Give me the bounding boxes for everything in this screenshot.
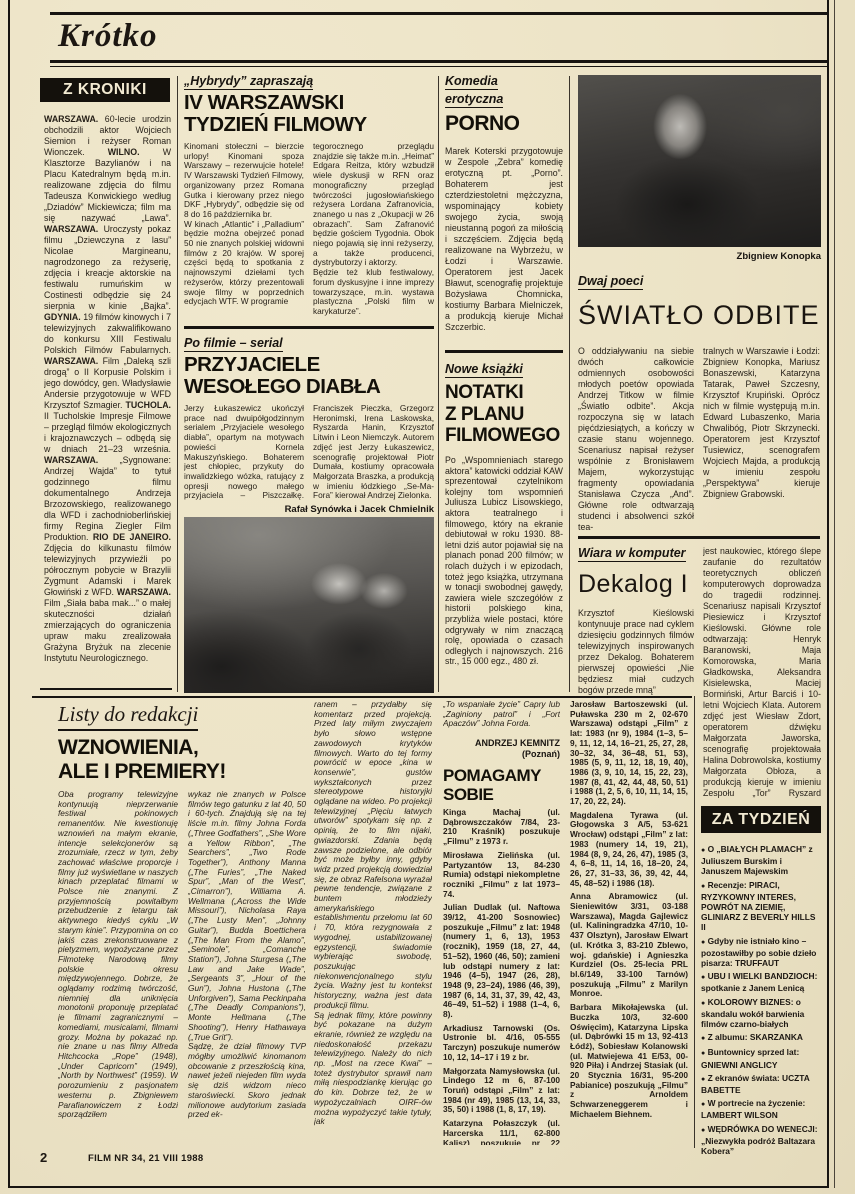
dekalog-col2: jest naukowiec, którego ślepe zaufanie d… <box>703 546 821 798</box>
za-tydzien-item: ● Buntownicy sprzed lat: GNIEWNI ANGLICY <box>701 1047 821 1069</box>
bullet-icon: ● <box>701 1127 705 1134</box>
pomagamy-entry: Barbara Mikołajewska (ul. Buczka 10/3, 3… <box>570 1003 688 1119</box>
za-tydzien-item: ● Z albumu: SKARZANKA <box>701 1032 821 1044</box>
masthead-rule-top <box>50 12 828 15</box>
listy-colD-intro: „To wspaniałe życie” Capry lub „Zaginion… <box>443 700 560 736</box>
listy-colB: wykaz nie znanych w Polsce filmów tego g… <box>188 790 306 1145</box>
pomagamy-entry: Mirosława Zielińska (ul. Partyzantów 13,… <box>443 851 560 900</box>
bullet-icon: ● <box>701 974 705 981</box>
przyjaciele-col2: Franciszek Pieczka, Grzegorz Heronimski,… <box>313 404 434 502</box>
za-tydzien-item: ● Z ekranów świata: UCZTA BABETTE <box>701 1073 821 1095</box>
frame-bottom <box>8 1186 829 1188</box>
porno-bottom-rule <box>445 350 563 353</box>
swiatlo-col2: tralnych w Warszawie i Łodzi: Zbigniew K… <box>703 346 820 530</box>
za-tydzien-item: ● Recenzje: PIRACI, RYZYKOWNY INTERES, P… <box>701 880 821 933</box>
bullet-icon: ● <box>701 1076 705 1083</box>
konopka-photo <box>578 75 821 247</box>
kronika-bottom-rule <box>40 688 172 690</box>
za-tydzien-item: ● W portrecie na życzenie: LAMBERT WILSO… <box>701 1098 821 1120</box>
dekalog-kicker: Wiara w komputer <box>578 546 686 562</box>
swiatlo-bottom-rule <box>578 536 820 539</box>
listy-colA: Oba programy telewizyjne kontynuują niep… <box>58 790 178 1145</box>
listy-signature: ANDRZEJ KEMNITZ (Poznań) <box>443 738 560 760</box>
przyjaciele-photo <box>184 517 434 693</box>
notatki-kicker: Nowe książki <box>445 362 523 378</box>
bullet-icon: ● <box>701 1035 705 1042</box>
listy-headline: WZNOWIENIA, ALE I PREMIERY! <box>58 736 298 784</box>
bullet-icon: ● <box>701 1000 705 1007</box>
porno-kicker-line1: Komedia <box>445 74 498 90</box>
divider-col4 <box>569 76 570 692</box>
za-tydzien-item: ● KOLOROWY BIZNES: o skandalu wokół barw… <box>701 997 821 1030</box>
za-tydzien-title: ZA TYDZIEŃ <box>701 806 821 833</box>
przyjaciele-photo-caption: Rafał Synówka i Jacek Chmielnik <box>184 504 434 515</box>
masthead-rule-thin <box>50 66 828 67</box>
za-tydzien-item: ● O „BIAŁYCH PLAMACH” z Juliuszem Burski… <box>701 844 821 877</box>
kronika-body: WARSZAWA. 60-lecie urodzin obchodzili ak… <box>44 114 171 684</box>
pomagamy-entry: Magdalena Tyrawa (ul. Głogowska 3 A/5, 5… <box>570 811 688 889</box>
frame-right-thin <box>834 0 835 1188</box>
notatki-body: Po „Wspomnieniach starego aktora” katowi… <box>445 455 563 695</box>
porno-headline: PORNO <box>445 112 520 136</box>
przyjaciele-col1: Jerzy Łukaszewicz ukończył prace nad dwu… <box>184 404 304 502</box>
pomagamy-entry: Kinga Machaj (ul. Dąbrowszczaków 7/84, 2… <box>443 808 560 847</box>
za-tydzien-item: ● Gdyby nie istniało kino – pozostawiłby… <box>701 936 821 969</box>
konopka-photo-caption: Zbigniew Konopka <box>578 251 821 262</box>
issue-line: FILM NR 34, 21 VIII 1988 <box>88 1153 203 1164</box>
hybrydy-kicker: „Hybrydy” zapraszają <box>184 74 313 90</box>
listy-kicker: Listy do redakcji <box>58 702 198 731</box>
bullet-icon: ● <box>701 1050 705 1057</box>
bottom-section-rule <box>32 696 692 698</box>
dekalog-headline: Dekalog I <box>578 570 688 599</box>
newspaper-page: Krótko Z KRONIKI WARSZAWA. 60-lecie urod… <box>0 0 855 1194</box>
pomagamy-title: POMAGAMY SOBIE <box>443 766 541 804</box>
hybrydy-col1: Kinomani stołeczni – bierzcie urlopy! Ki… <box>184 142 304 322</box>
pomagamy-entries-left: Kinga Machaj (ul. Dąbrowszczaków 7/84, 2… <box>443 808 560 1145</box>
bullet-icon: ● <box>701 1101 705 1108</box>
bullet-icon: ● <box>701 847 705 854</box>
kronika-title: Z KRONIKI <box>40 78 170 102</box>
przyjaciele-kicker: Po filmie – serial <box>184 336 283 352</box>
swiatlo-col1: O oddziaływaniu na siebie dwóch całkowic… <box>578 346 694 530</box>
divider-col1 <box>177 76 178 692</box>
bullet-icon: ● <box>701 939 705 946</box>
page-number: 2 <box>40 1150 47 1165</box>
za-tydzien-list: ● O „BIAŁYCH PLAMACH” z Juliuszem Burski… <box>701 844 821 1164</box>
pomagamy-entry: Anna Abramowicz (ul. Sieniewitów 3/31, 0… <box>570 892 688 999</box>
bullet-icon: ● <box>701 883 705 890</box>
przyjaciele-headline: PRZYJACIELE WESOŁEGO DIABŁA <box>184 354 444 398</box>
porno-kicker-line2: erotyczna <box>445 92 503 108</box>
pomagamy-entry: Jarosław Bartoszewski (ul. Puławska 230 … <box>570 700 688 807</box>
page-title: Krótko <box>58 18 158 55</box>
swiatlo-kicker: Dwaj poeci <box>578 274 643 290</box>
za-tydzien-item: ● WĘDRÓWKA DO WENECJI: „Niezwykła podróż… <box>701 1124 821 1157</box>
listy-colC: ranem – przydałby się komentarz przed pr… <box>314 700 432 1145</box>
pomagamy-entry: Arkadiusz Tarnowski (Os. Ustronie bl. 4/… <box>443 1024 560 1063</box>
za-tydzien-item: ● UBU I WIELKI BANDZIOCH: spotkanie z Ja… <box>701 971 821 993</box>
pomagamy-entry: Julian Dudlak (ul. Naftowa 39/12, 41-200… <box>443 903 560 1019</box>
hybrydy-bottom-rule <box>184 326 434 329</box>
porno-body: Marek Koterski przygotowuje w Zespole „Z… <box>445 146 563 332</box>
frame-right <box>827 0 829 1188</box>
pomagamy-entry: Małgorzata Namysłowska (ul. Lindego 12 m… <box>443 1067 560 1116</box>
hybrydy-col2: tegorocznego przeglądu znajdzie się takż… <box>313 142 434 322</box>
hybrydy-headline: IV WARSZAWSKI TYDZIEŃ FILMOWY <box>184 92 436 136</box>
swiatlo-headline: ŚWIATŁO ODBITE <box>578 300 820 331</box>
pomagamy-entry: Katarzyna Połaszczyk (ul. Harcerska 11/1… <box>443 1119 560 1145</box>
dekalog-col1: Krzysztof Kieślowski kontynuuje prace na… <box>578 608 694 696</box>
masthead-rule-bottom <box>50 60 828 63</box>
notatki-headline: NOTATKI Z PLANU FILMOWEGO <box>445 382 565 447</box>
pomagamy-entries-right: Jarosław Bartoszewski (ul. Puławska 230 … <box>570 700 688 1145</box>
divider-right-block <box>694 696 695 1148</box>
frame-left <box>8 0 10 1188</box>
